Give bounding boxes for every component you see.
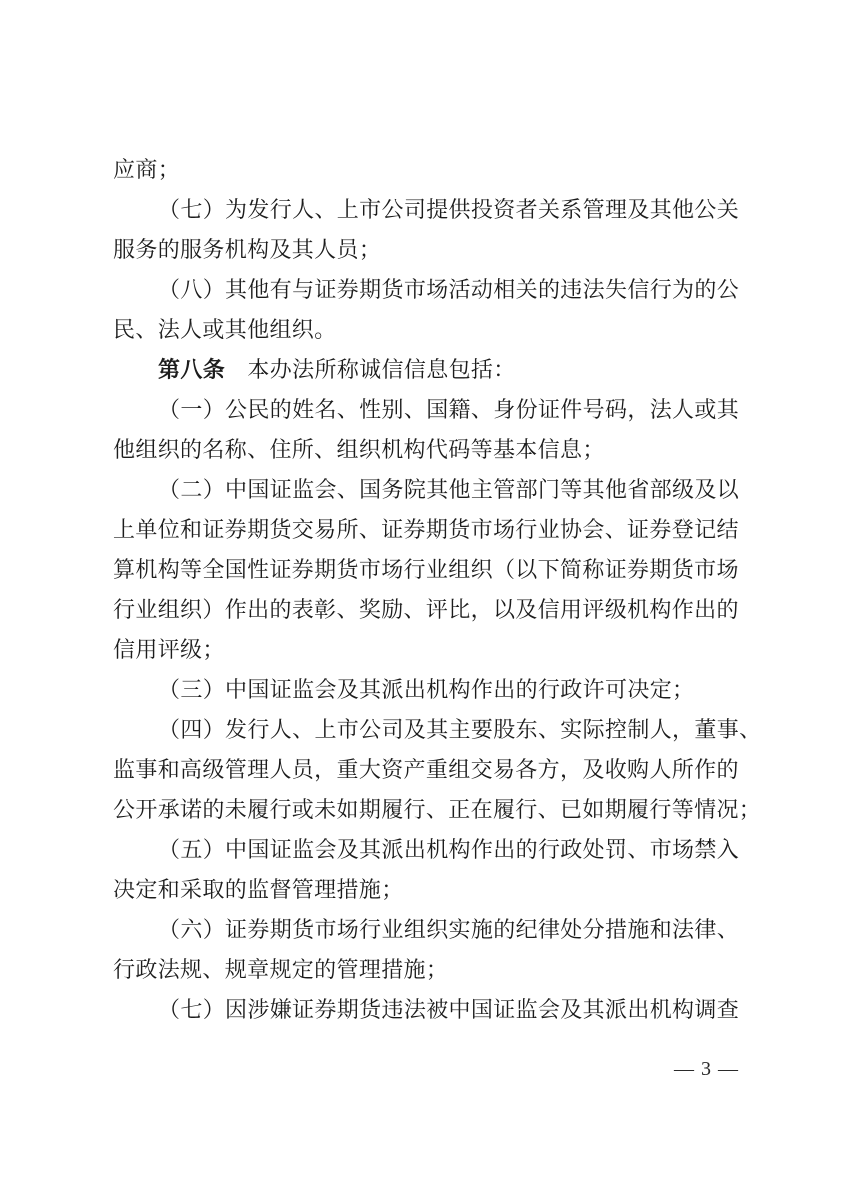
text-line: 第八条 本办法所称诚信信息包括： [113,350,741,390]
page-number: — 3 — [113,1056,739,1082]
text-line: 应商； [113,150,741,190]
text-line: （一）公民的姓名、性别、国籍、身份证件号码，法人或其 [113,390,741,430]
text-line: 行政法规、规章规定的管理措施； [113,950,741,990]
text-line: 算机构等全国性证券期货市场行业组织（以下简称证券期货市场 [113,550,741,590]
text-line: 监事和高级管理人员，重大资产重组交易各方，及收购人所作的 [113,750,741,790]
text-line: （五）中国证监会及其派出机构作出的行政处罚、市场禁入 [113,830,741,870]
text-line: 上单位和证券期货交易所、证券期货市场行业协会、证券登记结 [113,510,741,550]
article-number: 第八条 [158,357,225,382]
text-line: 公开承诺的未履行或未如期履行、正在履行、已如期履行等情况； [113,790,741,830]
text-line: 行业组织）作出的表彰、奖励、评比，以及信用评级机构作出的 [113,590,741,630]
text-line: （七）因涉嫌证券期货违法被中国证监会及其派出机构调查 [113,990,741,1030]
text-line: （六）证券期货市场行业组织实施的纪律处分措施和法律、 [113,910,741,950]
document-page: 应商；（七）为发行人、上市公司提供投资者关系管理及其他公关服务的服务机构及其人员… [0,0,849,1200]
text-line: （三）中国证监会及其派出机构作出的行政许可决定； [113,670,741,710]
text-line: （四）发行人、上市公司及其主要股东、实际控制人，董事、 [113,710,741,750]
document-body: 应商；（七）为发行人、上市公司提供投资者关系管理及其他公关服务的服务机构及其人员… [113,150,741,1030]
text-line: （二）中国证监会、国务院其他主管部门等其他省部级及以 [113,470,741,510]
text-line: （八）其他有与证券期货市场活动相关的违法失信行为的公 [113,270,741,310]
text-line: 信用评级； [113,630,741,670]
text-line: 他组织的名称、住所、组织机构代码等基本信息； [113,430,741,470]
text-line: 民、法人或其他组织。 [113,310,741,350]
text-line: 决定和采取的监督管理措施； [113,870,741,910]
text-line: （七）为发行人、上市公司提供投资者关系管理及其他公关 [113,190,741,230]
text-line: 服务的服务机构及其人员； [113,230,741,270]
